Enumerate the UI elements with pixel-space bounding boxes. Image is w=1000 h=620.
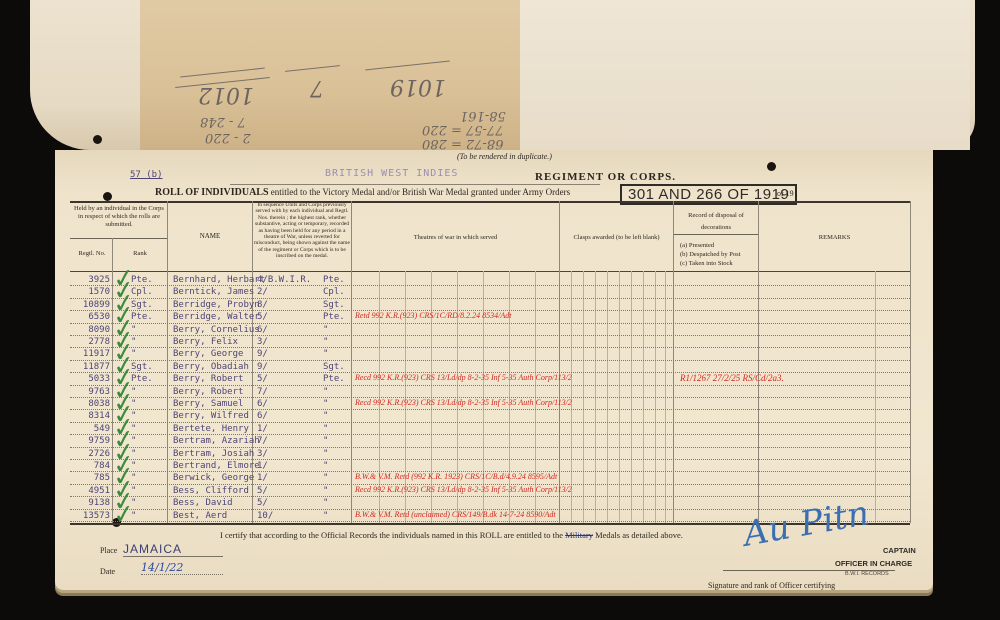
unit: 7/ [257, 436, 268, 446]
header-clasps: Clasps awarded (to be left blank) [560, 234, 673, 242]
unit-rank: " [323, 399, 328, 409]
roll-title: ROLL OF INDIVIDUALS [155, 187, 269, 198]
header-name: NAME [168, 232, 252, 240]
regtl-no: 9759 [72, 436, 110, 446]
pencil-note: 7 [310, 75, 324, 100]
table-row: 2778"Berry, Felix3/"✓ [55, 336, 933, 348]
table-row: 9763"Berry, Robert7/"✓ [55, 386, 933, 398]
unit: 4/B.W.I.R. [257, 275, 311, 285]
theatre-annotation: B.W.& V.M. Retd (unclaimed) CRS/149/B.dk… [355, 510, 556, 519]
regtl-no: 2778 [72, 337, 110, 347]
soldier-name: Berry, George [173, 349, 243, 359]
duplicate-note: (To be rendered in duplicate.) [457, 152, 552, 161]
soldier-name: Berwick, George [173, 473, 254, 483]
year-label: of 19 . [777, 189, 798, 198]
soldier-name: Bertete, Henry [173, 424, 249, 434]
soldier-name: Bertrand, Elmore [173, 461, 260, 471]
pencil-note: 58-161 [460, 108, 506, 123]
soldier-name: Berntick, James [173, 287, 254, 297]
soldier-name: Berry, Robert [173, 387, 243, 397]
unit-name: BRITISH WEST INDIES [325, 168, 458, 179]
regtl-no: 8314 [72, 411, 110, 421]
place-label: Place [100, 546, 117, 555]
unit-rank: " [323, 449, 328, 459]
punch-hole [93, 135, 102, 144]
table-row: 11877Sgt.Berry, Obadiah9/Sgt.✓ [55, 361, 933, 373]
soldier-name: Berry, Felix [173, 337, 238, 347]
regtl-no: 6530 [72, 312, 110, 322]
roll-text: entitled to the Victory Medal and/or Bri… [271, 187, 570, 197]
date-label: Date [100, 567, 115, 576]
header-units: In sequence Units and Corps previously s… [253, 202, 351, 260]
disposal-divider [673, 234, 758, 235]
table-row: 8090"Berry, Cornelius6/"✓ [55, 324, 933, 336]
regtl-no: 549 [72, 424, 110, 434]
regtl-no: 13573 [72, 511, 110, 521]
unit-rank: " [323, 473, 328, 483]
regtl-no: 5033 [72, 374, 110, 384]
unit: 5/ [257, 486, 268, 496]
table-row: 785"Berwick, George1/"B.W.& V.M. Retd (9… [55, 472, 933, 484]
table-row: 9759"Bertram, Azariah7/"✓ [55, 435, 933, 447]
regtl-no: 10899 [72, 300, 110, 310]
unit: 2/ [257, 287, 268, 297]
disposal-annotation: R1/1267 27/2/25 RS/Cd/2a3. [680, 373, 784, 383]
roll-title-line: ROLL OF INDIVIDUALS entitled to the Vict… [155, 187, 570, 198]
regiment-label: REGIMENT OR CORPS. [535, 171, 676, 183]
unit: 5/ [257, 498, 268, 508]
soldier-name: Berry, Robert [173, 374, 243, 384]
disposal-legend: (a) Presented (b) Despatched by Post (c)… [680, 241, 740, 268]
soldier-name: Berry, Obadiah [173, 362, 249, 372]
rank-stamp-captain: CAPTAIN [883, 546, 916, 555]
regtl-no: 11917 [72, 349, 110, 359]
header-theatres: Theatres of war in which served [352, 234, 559, 242]
soldier-name: Bertram, Josiah [173, 449, 254, 459]
certify-text-b: Medals as detailed above. [595, 530, 683, 540]
punch-hole [767, 162, 776, 171]
regtl-no: 9138 [72, 498, 110, 508]
regtl-no: 4951 [72, 486, 110, 496]
table-top-border [70, 201, 910, 203]
rank-stamp-officer: OFFICER IN CHARGE [835, 559, 912, 568]
unit: 3/ [257, 337, 268, 347]
unit: 8/ [257, 300, 268, 310]
table-row: 3925Pte.Bernhard, Herbart4/B.W.I.R.Pte.✓ [55, 274, 933, 286]
header-disposal: Record of disposal of decorations [674, 210, 758, 234]
table-row: 549"Bertete, Henry1/"✓ [55, 423, 933, 435]
header-remarks: REMARKS [759, 234, 910, 242]
regtl-no: 3925 [72, 275, 110, 285]
table-row: 1570Cpl.Berntick, James2/Cpl.✓ [55, 286, 933, 298]
soldier-name: Bess, David [173, 498, 233, 508]
soldier-name: Berridge, Walter [173, 312, 260, 322]
disposal-c: (c) Taken into Stock [680, 259, 740, 268]
table-row: 6530Pte.Berridge, Walter5/Pte.Retd 992 K… [55, 311, 933, 323]
pencil-note: 2 - 220 [205, 130, 251, 145]
table-row: 784"Bertrand, Elmore1/"✓ [55, 460, 933, 472]
table-row: 5033Pte.Berry, Robert5/Pte.Recd 992 K.R.… [55, 373, 933, 385]
regtl-no: 9763 [72, 387, 110, 397]
soldier-name: Berry, Wilfred [173, 411, 249, 421]
table-row: 10899Sgt.Berridge, Probyn8/Sgt.✓ [55, 299, 933, 311]
regtl-no: 785 [72, 473, 110, 483]
theatre-annotation: Recd 992 K.R.(923) CRS 13/Ld/dp 8-2-35 I… [355, 485, 572, 494]
unit-underline [230, 184, 600, 185]
regtl-no: 8038 [72, 399, 110, 409]
unit: 6/ [257, 411, 268, 421]
soldier-name: Bernhard, Herbart [173, 275, 265, 285]
unit-rank: Pte. [323, 312, 345, 322]
unit: 5/ [257, 312, 268, 322]
soldier-name: Berry, Cornelius [173, 325, 260, 335]
pencil-note: 1019 [390, 74, 446, 99]
unit-rank: " [323, 461, 328, 471]
unit-rank: Sgt. [323, 362, 345, 372]
held-by-divider [70, 238, 167, 239]
table-row: 11917"Berry, George9/"✓ [55, 348, 933, 360]
soldier-name: Bess, Clifford [173, 486, 249, 496]
soldier-name: Berridge, Probyn [173, 300, 260, 310]
folded-top-page: 1012 7 1019 58-161 77-57 = 220 68-72 = 2… [30, 0, 975, 150]
pencil-note: 7 - 248 [200, 114, 246, 129]
table-row: 8314"Berry, Wilfred6/"✓ [55, 410, 933, 422]
unit-rank: Sgt. [323, 300, 345, 310]
header-held-by: Held by an individual in the Corps in re… [72, 205, 166, 229]
rank-stamp-records: B.W.I. RECORDS [845, 571, 889, 577]
disposal-b: (b) Despatched by Post [680, 250, 740, 259]
pencil-note: 1012 [198, 82, 254, 107]
theatre-annotation: B.W.& V.M. Retd (992 K.R. 1923) CRS/1C/B… [355, 472, 557, 481]
soldier-name: Best, Aerd [173, 511, 227, 521]
unit: 1/ [257, 424, 268, 434]
form-reference: 57 (b) [130, 170, 163, 180]
unit-rank: Cpl. [323, 287, 345, 297]
unit: 10/ [257, 511, 273, 521]
signature-label: Signature and rank of Officer certifying [708, 581, 835, 590]
pencil-note: 68-72 = 280 [422, 136, 503, 151]
unit-rank: " [323, 436, 328, 446]
soldier-name: Bertram, Azariah [173, 436, 260, 446]
unit: 7/ [257, 387, 268, 397]
regtl-no: 11877 [72, 362, 110, 372]
unit-rank: " [323, 349, 328, 359]
unit-rank: " [323, 498, 328, 508]
unit-rank: " [323, 424, 328, 434]
certification-text: I certify that according to the Official… [220, 530, 683, 540]
theatre-annotation: Recd 992 K.R.(923) CRS 13/Ld/dp 8-2-35 I… [355, 373, 572, 382]
unit-rank: " [323, 411, 328, 421]
unit-rank: Pte. [323, 374, 345, 384]
soldier-name: Berry, Samuel [173, 399, 243, 409]
table-row: 2726"Bertram, Josiah3/"✓ [55, 448, 933, 460]
unit: 9/ [257, 362, 268, 372]
medal-roll-sheet: (To be rendered in duplicate.) 57 (b) BR… [55, 150, 933, 590]
regtl-no: 1570 [72, 287, 110, 297]
disposal-a: (a) Presented [680, 241, 740, 250]
unit-rank: " [323, 337, 328, 347]
theatre-annotation: Retd 992 K.R.(923) CRS/1C/RD/8.2.24 8534… [355, 311, 511, 320]
regtl-no: 8090 [72, 325, 110, 335]
header-bottom-border [70, 271, 910, 272]
struck-word: Military [565, 530, 593, 540]
unit: 1/ [257, 473, 268, 483]
header-regtl-no: Regtl. No. [72, 250, 112, 258]
unit-rank: " [323, 511, 328, 521]
date-value: 14/1/22 [141, 561, 223, 575]
unit: 9/ [257, 349, 268, 359]
roll-table-body: 3925Pte.Bernhard, Herbart4/B.W.I.R.Pte.✓… [55, 274, 933, 524]
regtl-no: 784 [72, 461, 110, 471]
unit-rank: Pte. [323, 275, 345, 285]
unit: 6/ [257, 325, 268, 335]
table-row: 8038"Berry, Samuel6/"Recd 992 K.R.(923) … [55, 398, 933, 410]
place-value: JAMAICA [123, 542, 223, 557]
punch-hole [103, 192, 112, 201]
certify-text-a: I certify that according to the Official… [220, 530, 563, 540]
pencil-note: 77-57 = 220 [422, 122, 503, 137]
theatre-annotation: Recd 992 K.R.(923) CRS 13/Ld/dp 8-2-35 I… [355, 398, 572, 407]
unit: 6/ [257, 399, 268, 409]
table-row: 4951"Bess, Clifford5/"Recd 992 K.R.(923)… [55, 485, 933, 497]
unit: 1/ [257, 461, 268, 471]
top-page-right [520, 0, 970, 150]
unit: 5/ [257, 374, 268, 384]
header-rank: Rank [113, 250, 167, 258]
regtl-no: 2726 [72, 449, 110, 459]
unit-rank: " [323, 387, 328, 397]
unit-rank: " [323, 486, 328, 496]
unit-rank: " [323, 325, 328, 335]
unit: 3/ [257, 449, 268, 459]
